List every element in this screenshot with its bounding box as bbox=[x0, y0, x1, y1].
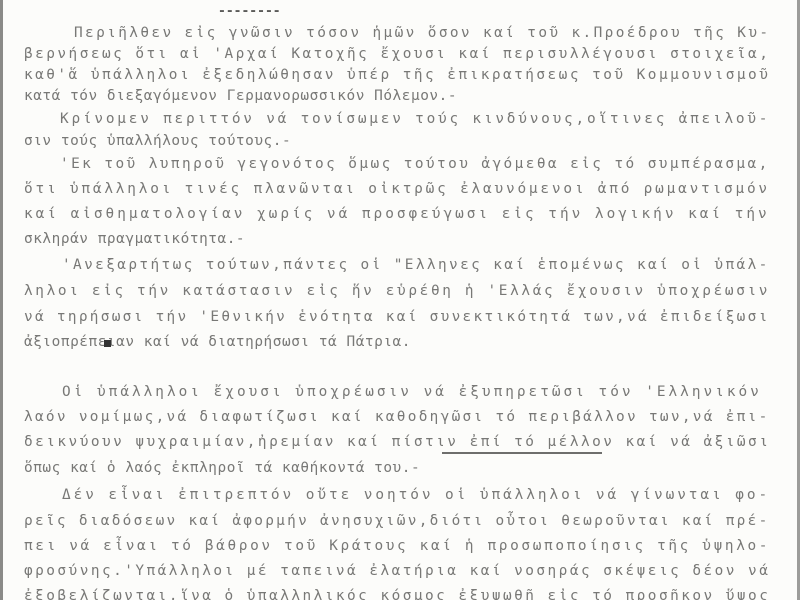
text-line: βερνήσεως ὅτι αἱ 'Αρχαί Κατοχῆς ἔχουσι κ… bbox=[24, 45, 770, 63]
ink-blot bbox=[104, 340, 111, 347]
text-line: ὅπως καί ὁ λαός ἐκπληροῖ τά καθήκοντά το… bbox=[24, 459, 420, 477]
text-line: ἐξοβελίζωνται,ἵνα ὁ ὑπαλληλικός κόσμος ἐ… bbox=[24, 587, 770, 600]
text-line: Περιῆλθεν εἰς γνῶσιν τόσον ἡμῶν ὅσον καί… bbox=[74, 24, 770, 42]
text-line: κατά τόν διεξαγόμενον Γερμανορωσσικόν Πό… bbox=[24, 87, 457, 105]
text-line: 'Εκ τοῦ λυπηροῦ γεγονότος ὅμως τούτου ἀγ… bbox=[60, 155, 770, 173]
text-line: φροσύνης.'Υπάλληλοι μέ ταπεινά ἐλατήρια … bbox=[24, 562, 770, 580]
text-line: ρεῖς διαδόσεων καί ἀφορμήν ἀνησυχιῶν,διό… bbox=[24, 512, 770, 530]
text-line: ὅτι ὑπάλληλοι τινές πλανῶνται οἰκτρῶς ἐλ… bbox=[24, 180, 770, 198]
text-line: ληλοι εἰς τήν κατάστασιν εἰς ἥν εὑρέθη ἡ… bbox=[24, 282, 770, 300]
text-line: σκληράν πραγματικότητα.- bbox=[24, 230, 245, 248]
handwritten-underline bbox=[442, 452, 602, 454]
text-line: καθ'ἅ ὑπάλληλοι ἐξεδηλώθησαν ὑπέρ τῆς ἐπ… bbox=[24, 66, 770, 84]
text-line: ἀξιοπρέπειαν καί νά διατηρήσωσι τά Πάτρι… bbox=[24, 333, 411, 351]
scan-border-left bbox=[0, 0, 3, 600]
text-line: λαόν νομίμως,νά διαφωτίζωσι καί καθοδηγῶ… bbox=[24, 408, 770, 426]
text-line: πει νά εἶναι τό βάθρον τοῦ Κράτους καί ἡ… bbox=[24, 537, 770, 555]
text-line: Δέν εἶναι ἐπιτρεπτόν οὔτε νοητόν οἱ ὑπάλ… bbox=[62, 486, 770, 504]
text-line: Κρίνομεν περιττόν νά τονίσωμεν τούς κινδ… bbox=[60, 110, 770, 128]
text-line: σιν τούς ὑπαλλήλους τούτους.- bbox=[24, 132, 291, 150]
text-line: Οἱ ὑπάλληλοι ἔχουσι ὑποχρέωσιν νά ἐξυπηρ… bbox=[62, 383, 762, 401]
text-line: καί αἰσθηματολογίαν χωρίς νά προσφεύγωσι… bbox=[24, 205, 770, 223]
header-rule: -------- bbox=[218, 4, 281, 19]
text-line: δεικνύουν ψυχραιμίαν,ἠρεμίαν καί πίστιν … bbox=[24, 433, 770, 451]
text-line: νά τηρήσωσι τήν 'Εθνικήν ἑνότητα καί συν… bbox=[24, 308, 770, 326]
text-line: 'Ανεξαρτήτως τούτων,πάντες οἱ "Ελληνες κ… bbox=[62, 256, 770, 274]
typewritten-page: -------- Περιῆλθεν εἰς γνῶσιν τόσον ἡμῶν… bbox=[0, 0, 800, 600]
